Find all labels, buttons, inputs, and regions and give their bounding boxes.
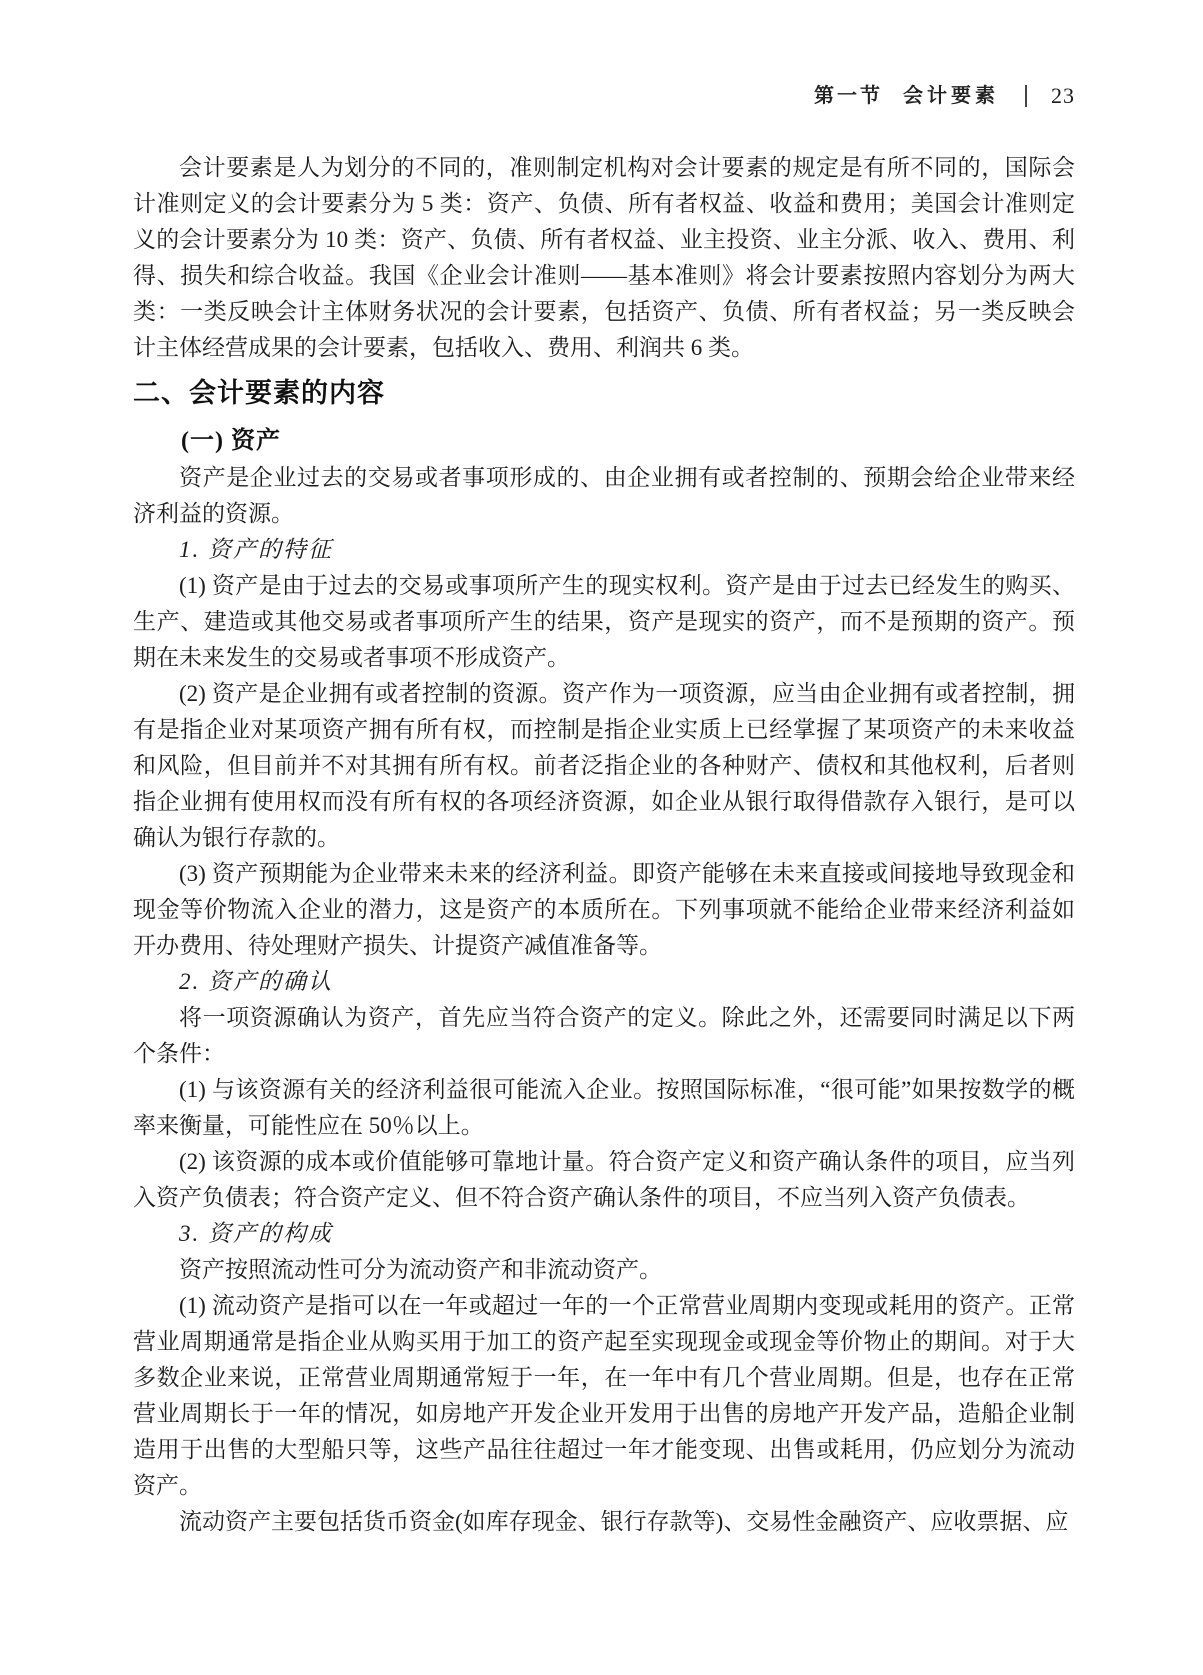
paragraph-current-assets-components: 流动资产主要包括货币资金(如库存现金、银行存款等)、交易性金融资产、应收票据、应	[133, 1504, 1075, 1540]
subsection-heading-assets: (一) 资产	[133, 422, 1075, 460]
paragraph-current-assets-definition: (1) 流动资产是指可以在一年或超过一年的一个正常营业周期内变现或耗用的资产。正…	[133, 1288, 1075, 1504]
section-heading-content: 二、会计要素的内容	[133, 374, 1075, 412]
subhead-asset-features: 1. 资产的特征	[133, 532, 1075, 568]
paragraph-composition-intro: 资产按照流动性可分为流动资产和非流动资产。	[133, 1252, 1075, 1288]
book-page: 第一节 会计要素 23 会计要素是人为划分的不同的，准则制定机构对会计要素的规定…	[0, 0, 1203, 1675]
header-section-title: 会计要素	[903, 84, 999, 108]
running-header: 第一节 会计要素 23	[133, 0, 1075, 108]
paragraph-feature-1: (1) 资产是由于过去的交易或事项所产生的现实权利。资产是由于过去已经发生的购买…	[133, 568, 1075, 676]
header-section-label: 第一节	[814, 84, 883, 108]
paragraph-feature-2: (2) 资产是企业拥有或者控制的资源。资产作为一项资源，应当由企业拥有或者控制，…	[133, 676, 1075, 856]
paragraph-asset-definition: 资产是企业过去的交易或者事项形成的、由企业拥有或者控制的、预期会给企业带来经济利…	[133, 460, 1075, 532]
page-number: 23	[1051, 84, 1075, 108]
paragraph-condition-1: (1) 与该资源有关的经济利益很可能流入企业。按照国际标准，“很可能”如果按数学…	[133, 1072, 1075, 1144]
subhead-asset-recognition: 2. 资产的确认	[133, 964, 1075, 1000]
header-divider-rule	[1025, 85, 1027, 107]
page-content: 第一节 会计要素 23 会计要素是人为划分的不同的，准则制定机构对会计要素的规定…	[0, 0, 1203, 1540]
paragraph-intro: 会计要素是人为划分的不同的，准则制定机构对会计要素的规定是有所不同的，国际会计准…	[133, 150, 1075, 366]
subhead-asset-composition: 3. 资产的构成	[133, 1216, 1075, 1252]
paragraph-recognition-intro: 将一项资源确认为资产，首先应当符合资产的定义。除此之外，还需要同时满足以下两个条…	[133, 1000, 1075, 1072]
paragraph-feature-3: (3) 资产预期能为企业带来未来的经济利益。即资产能够在未来直接或间接地导致现金…	[133, 856, 1075, 964]
paragraph-condition-2: (2) 该资源的成本或价值能够可靠地计量。符合资产定义和资产确认条件的项目，应当…	[133, 1144, 1075, 1216]
